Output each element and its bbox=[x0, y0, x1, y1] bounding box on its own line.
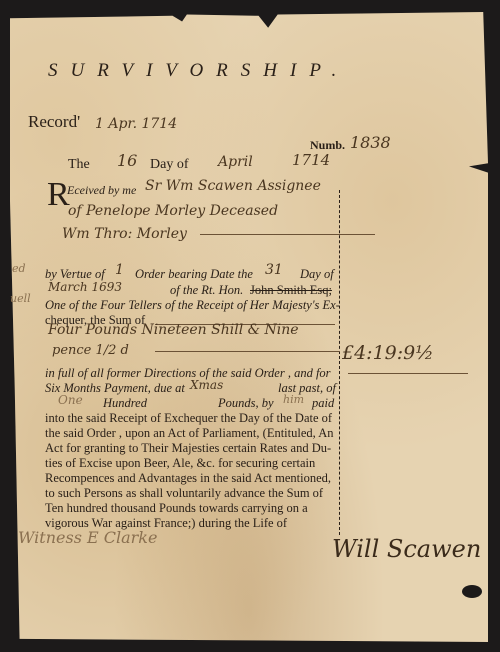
paid: paid bbox=[312, 396, 334, 411]
order-month: March 1693 bbox=[48, 280, 122, 294]
body-line: the said Order , upon an Act of Parliame… bbox=[45, 426, 333, 441]
teller-name: John Smith Esq; bbox=[250, 283, 332, 298]
amount-figure: £4:19:9½ bbox=[342, 342, 434, 364]
hundred-hand: One bbox=[58, 393, 83, 407]
order-day: 31 bbox=[265, 262, 283, 278]
of-rt-hon: of the Rt. Hon. bbox=[170, 283, 243, 298]
day-prefix: The bbox=[68, 157, 90, 173]
teller-line: One of the Four Tellers of the Receipt o… bbox=[45, 298, 340, 313]
body-line: ties of Excise upon Beer, Ale, &c. for s… bbox=[45, 456, 315, 471]
due-hand: Xmas bbox=[190, 378, 223, 392]
received-hand-1: Sr Wm Scawen Assignee bbox=[145, 178, 321, 194]
body-line: Ten hundred thousand Pounds towards carr… bbox=[45, 501, 308, 516]
fill-line bbox=[200, 234, 375, 235]
body-line: into the said Receipt of Exchequer the D… bbox=[45, 411, 332, 426]
full-line: in full of all former Directions of the … bbox=[45, 366, 331, 381]
received-hand-3: Wm Thro: Morley bbox=[62, 226, 187, 242]
body-line: to such Persons as shall voluntarily adv… bbox=[45, 486, 323, 501]
day-of-2: Day of bbox=[300, 267, 334, 282]
sum-hand-2: pence 1/2 d bbox=[52, 343, 129, 358]
margin-hand-2: uell bbox=[10, 292, 31, 305]
sum-hand-1: Four Pounds Nineteen Shill & Nine bbox=[48, 322, 299, 338]
hundred-label: Hundred bbox=[103, 396, 147, 411]
received-label: Eceived by me bbox=[67, 183, 136, 198]
order-count: 1 bbox=[115, 262, 124, 278]
pounds-by: Pounds, by bbox=[218, 396, 274, 411]
payee-signature: Will Scawen bbox=[332, 535, 481, 563]
stub-divider bbox=[339, 190, 340, 535]
day-of-label: Day of bbox=[150, 157, 189, 173]
by-hand: him bbox=[283, 393, 304, 406]
body-line: Recompences and Advantages in the said A… bbox=[45, 471, 331, 486]
day-value: 16 bbox=[117, 151, 137, 170]
order-text: Order bearing Date the bbox=[135, 267, 253, 282]
body-line: Act for granting to Their Majesties cert… bbox=[45, 441, 331, 456]
margin-hand-1: ed bbox=[12, 262, 26, 275]
record-label: Record' bbox=[28, 112, 80, 132]
month-value: April bbox=[218, 154, 253, 170]
paper-damage bbox=[462, 585, 482, 598]
document-title: SURVIVORSHIP. bbox=[48, 60, 349, 82]
record-date: 1 Apr. 1714 bbox=[95, 116, 177, 132]
year-value: 1714 bbox=[292, 151, 330, 169]
number-value: 1838 bbox=[350, 133, 391, 152]
amount-underline bbox=[348, 373, 468, 374]
received-hand-2: of Penelope Morley Deceased bbox=[68, 203, 278, 219]
witness-signature: Witness E Clarke bbox=[18, 528, 157, 547]
fill-line bbox=[155, 351, 340, 352]
